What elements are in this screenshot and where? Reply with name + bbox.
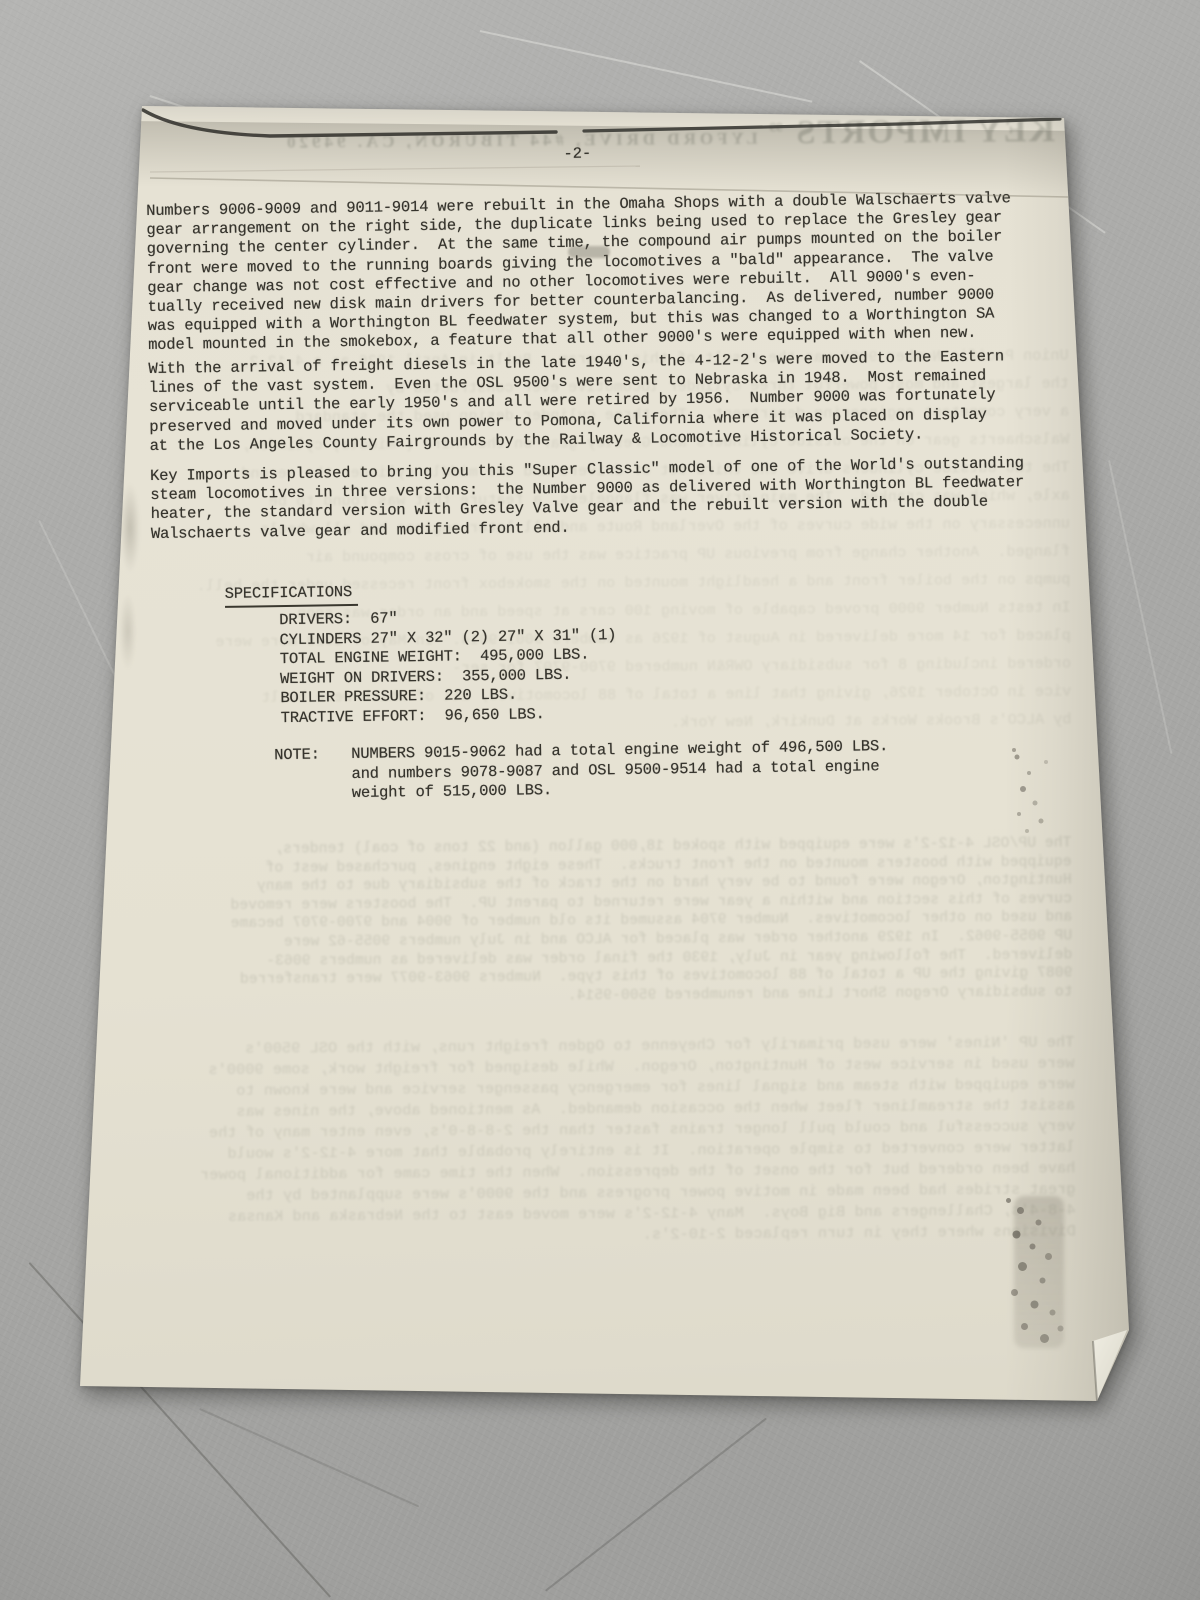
photo-vignette [0,0,1200,1600]
photo-canvas: KEY IMPORTS 99 LYFORD DRIVE, #44 TIBURON… [0,0,1200,1600]
